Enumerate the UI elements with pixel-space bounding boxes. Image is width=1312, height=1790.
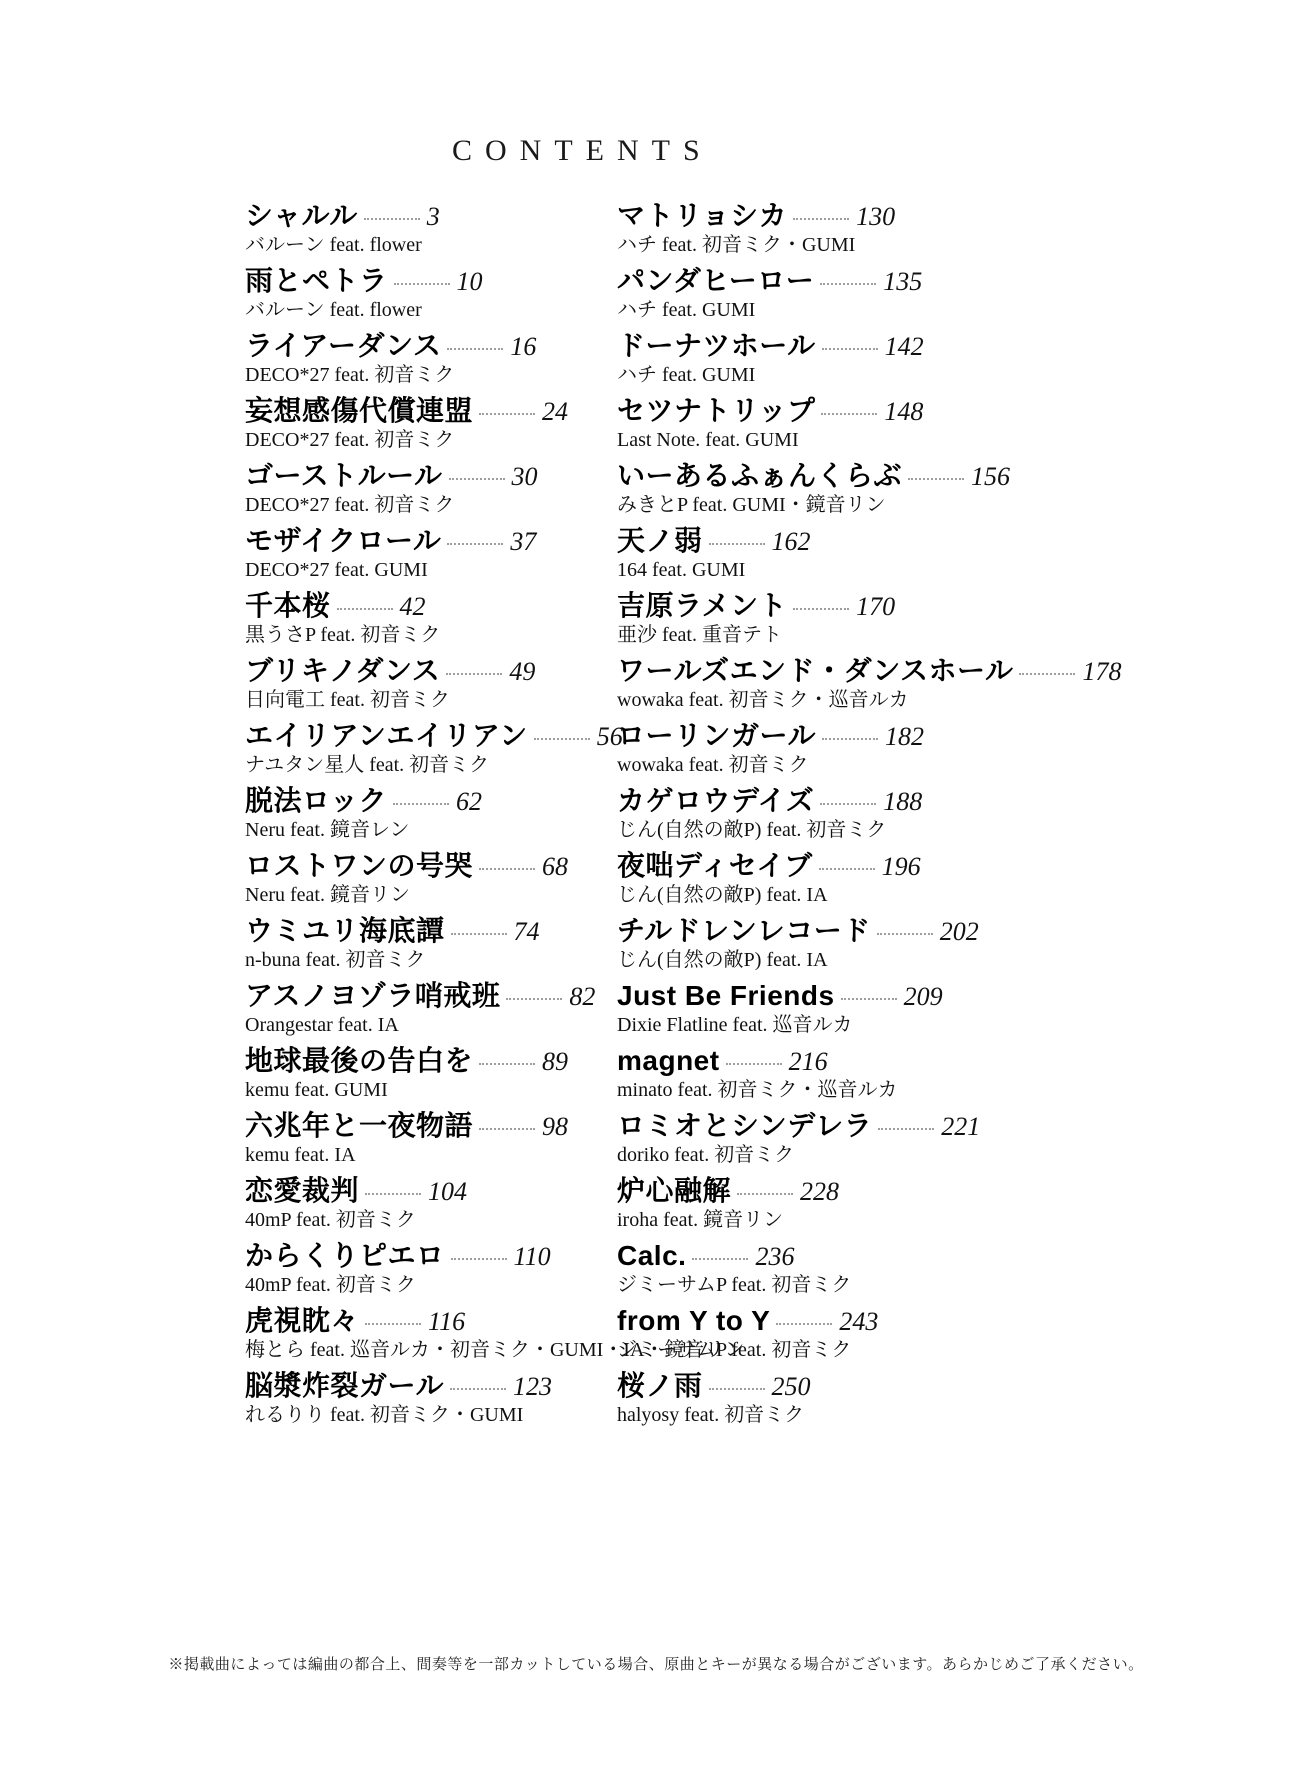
page-number: 142: [885, 330, 924, 363]
song-title: 炉心融解: [617, 1174, 731, 1207]
page-number: 170: [856, 590, 895, 623]
dotted-leader: [394, 283, 450, 285]
song-title: from Y to Y: [617, 1304, 770, 1337]
song-title: Calc.: [617, 1239, 686, 1272]
song-title: ロミオとシンデレラ: [617, 1109, 872, 1142]
page-number: 178: [1082, 655, 1121, 688]
dotted-leader: [793, 608, 849, 610]
song-title: 天ノ弱: [617, 524, 703, 557]
dotted-leader: [737, 1193, 793, 1195]
toc-entry: from Y to Y 243 ジミーサムP feat. 初音ミク: [617, 1304, 1121, 1362]
toc-entry: 炉心融解 228 iroha feat. 鏡音リン: [617, 1174, 1121, 1232]
toc-entry: カゲロウデイズ 188 じん(自然の敵P) feat. 初音ミク: [617, 784, 1121, 842]
song-title: シャルル: [245, 199, 358, 232]
song-title: モザイクロール: [245, 524, 441, 557]
dotted-leader: [393, 803, 449, 805]
page-number: 209: [904, 980, 943, 1013]
toc-entry: ロミオとシンデレラ 221 doriko feat. 初音ミク: [617, 1109, 1121, 1167]
dotted-leader: [447, 543, 503, 545]
toc-entry-head: 夜咄ディセイブ 196: [617, 849, 1121, 883]
page-number: 98: [542, 1110, 568, 1143]
page-number: 3: [427, 200, 440, 233]
toc-entry: セツナトリップ 148 Last Note. feat. GUMI: [617, 394, 1121, 452]
song-title: magnet: [617, 1044, 720, 1077]
toc-entry-head: いーあるふぁんくらぶ 156: [617, 459, 1121, 493]
page-number: 123: [513, 1370, 552, 1403]
song-title: 雨とペトラ: [245, 264, 388, 297]
dotted-leader: [878, 1128, 934, 1130]
dotted-leader: [692, 1258, 748, 1260]
dotted-leader: [1019, 673, 1075, 675]
page-number: 89: [542, 1045, 568, 1078]
toc-entry: いーあるふぁんくらぶ 156 みきとP feat. GUMI・鏡音リン: [617, 459, 1121, 517]
toc-entry-head: magnet 216: [617, 1044, 1121, 1078]
toc-entry-head: from Y to Y 243: [617, 1304, 1121, 1338]
toc-entry-head: ローリンガール 182: [617, 719, 1121, 753]
toc-entry: 夜咄ディセイブ 196 じん(自然の敵P) feat. IA: [617, 849, 1121, 907]
page-number: 148: [884, 395, 923, 428]
song-title: ワールズエンド・ダンスホール: [617, 654, 1013, 687]
toc-entry-head: 桜ノ雨 250: [617, 1369, 1121, 1403]
dotted-leader: [337, 608, 393, 610]
artist-credit: 亜沙 feat. 重音テト: [617, 623, 1121, 647]
contents-page: CONTENTS シャルル 3 バルーン feat. flower 雨とペトラ …: [0, 0, 1312, 1790]
song-title: ドーナツホール: [617, 329, 816, 362]
song-title: 千本桜: [245, 589, 331, 622]
page-number: 30: [512, 460, 538, 493]
dotted-leader: [821, 413, 877, 415]
page-number: 243: [839, 1305, 878, 1338]
page-number: 37: [510, 525, 536, 558]
toc-entry-head: ドーナツホール 142: [617, 329, 1121, 363]
song-title: パンダヒーロー: [617, 264, 814, 297]
page-number: 250: [772, 1370, 811, 1403]
page-number: 24: [542, 395, 568, 428]
right-column: マトリョシカ 130 ハチ feat. 初音ミク・GUMI パンダヒーロー 13…: [617, 199, 1121, 1434]
dotted-leader: [726, 1063, 782, 1065]
song-title: ゴーストルール: [245, 459, 443, 492]
page-number: 42: [400, 590, 426, 623]
artist-credit: Last Note. feat. GUMI: [617, 428, 1121, 452]
page-number: 10: [457, 265, 483, 298]
dotted-leader: [506, 998, 562, 1000]
toc-entry-head: Calc. 236: [617, 1239, 1121, 1273]
artist-credit: ハチ feat. GUMI: [617, 298, 1121, 322]
artist-credit: minato feat. 初音ミク・巡音ルカ: [617, 1078, 1121, 1102]
dotted-leader: [822, 348, 878, 350]
dotted-leader: [709, 543, 765, 545]
toc-entry: パンダヒーロー 135 ハチ feat. GUMI: [617, 264, 1121, 322]
artist-credit: Dixie Flatline feat. 巡音ルカ: [617, 1013, 1121, 1037]
toc-entry-head: 吉原ラメント 170: [617, 589, 1121, 623]
dotted-leader: [534, 738, 590, 740]
page-number: 188: [883, 785, 922, 818]
dotted-leader: [819, 868, 875, 870]
dotted-leader: [450, 1388, 506, 1390]
toc-entry-head: チルドレンレコード 202: [617, 914, 1121, 948]
toc-entry-head: ワールズエンド・ダンスホール 178: [617, 654, 1121, 688]
song-title: からくりピエロ: [245, 1239, 445, 1272]
dotted-leader: [479, 1063, 535, 1065]
page-number: 16: [510, 330, 536, 363]
artist-credit: ジミーサムP feat. 初音ミク: [617, 1338, 1121, 1362]
dotted-leader: [451, 933, 507, 935]
page-number: 116: [428, 1305, 465, 1338]
page-number: 74: [514, 915, 540, 948]
toc-entry: Just Be Friends 209 Dixie Flatline feat.…: [617, 979, 1121, 1037]
page-number: 82: [569, 980, 595, 1013]
song-title: ローリンガール: [617, 719, 816, 752]
song-title: いーあるふぁんくらぶ: [617, 459, 902, 492]
artist-credit: halyosy feat. 初音ミク: [617, 1403, 1121, 1427]
artist-credit: 164 feat. GUMI: [617, 558, 1121, 582]
dotted-leader: [449, 478, 505, 480]
toc-entry: 天ノ弱 162 164 feat. GUMI: [617, 524, 1121, 582]
song-title: 六兆年と一夜物語: [245, 1109, 473, 1142]
page-number: 110: [514, 1240, 551, 1273]
toc-entry: マトリョシカ 130 ハチ feat. 初音ミク・GUMI: [617, 199, 1121, 257]
dotted-leader: [365, 1323, 421, 1325]
dotted-leader: [822, 738, 878, 740]
artist-credit: wowaka feat. 初音ミク: [617, 753, 1121, 777]
dotted-leader: [364, 218, 420, 220]
song-title: 虎視眈々: [245, 1304, 359, 1337]
page-number: 130: [856, 200, 895, 233]
dotted-leader: [820, 803, 876, 805]
toc-entry: magnet 216 minato feat. 初音ミク・巡音ルカ: [617, 1044, 1121, 1102]
artist-credit: doriko feat. 初音ミク: [617, 1143, 1121, 1167]
toc-entry-head: ロミオとシンデレラ 221: [617, 1109, 1121, 1143]
toc-entry: 桜ノ雨 250 halyosy feat. 初音ミク: [617, 1369, 1121, 1427]
toc-entry-head: 炉心融解 228: [617, 1174, 1121, 1208]
footer-note: ※掲載曲によっては編曲の都合上、間奏等を一部カットしている場合、原曲とキーが異な…: [0, 1653, 1312, 1674]
song-title: マトリョシカ: [617, 199, 787, 232]
song-title: 脳漿炸裂ガール: [245, 1369, 444, 1402]
page-number: 196: [882, 850, 921, 883]
artist-credit: ハチ feat. GUMI: [617, 363, 1121, 387]
page-number: 228: [800, 1175, 839, 1208]
dotted-leader: [479, 1128, 535, 1130]
song-title: ブリキノダンス: [245, 654, 440, 687]
toc-entry-head: 天ノ弱 162: [617, 524, 1121, 558]
dotted-leader: [451, 1258, 507, 1260]
dotted-leader: [908, 478, 964, 480]
page-title: CONTENTS: [452, 134, 713, 168]
song-title: 妄想感傷代償連盟: [245, 394, 473, 427]
song-title: セツナトリップ: [617, 394, 815, 427]
page-number: 221: [941, 1110, 980, 1143]
song-title: 恋愛裁判: [245, 1174, 359, 1207]
page-number: 68: [542, 850, 568, 883]
dotted-leader: [479, 868, 535, 870]
artist-credit: ジミーサムP feat. 初音ミク: [617, 1273, 1121, 1297]
song-title: ライアーダンス: [245, 329, 441, 362]
song-title: チルドレンレコード: [617, 914, 871, 947]
dotted-leader: [841, 998, 897, 1000]
song-title: 桜ノ雨: [617, 1369, 703, 1402]
song-title: 地球最後の告白を: [245, 1044, 473, 1077]
artist-credit: wowaka feat. 初音ミク・巡音ルカ: [617, 688, 1121, 712]
dotted-leader: [793, 218, 849, 220]
toc-entry-head: マトリョシカ 130: [617, 199, 1121, 233]
song-title: Just Be Friends: [617, 979, 835, 1012]
song-title: 脱法ロック: [245, 784, 387, 817]
dotted-leader: [479, 413, 535, 415]
song-title: アスノヨゾラ哨戒班: [245, 979, 500, 1012]
toc-entry-head: カゲロウデイズ 188: [617, 784, 1121, 818]
toc-entry: Calc. 236 ジミーサムP feat. 初音ミク: [617, 1239, 1121, 1297]
dotted-leader: [709, 1388, 765, 1390]
artist-credit: じん(自然の敵P) feat. IA: [617, 883, 1121, 907]
song-title: 吉原ラメント: [617, 589, 787, 622]
dotted-leader: [447, 348, 503, 350]
page-number: 236: [755, 1240, 794, 1273]
song-title: 夜咄ディセイブ: [617, 849, 813, 882]
toc-entry-head: セツナトリップ 148: [617, 394, 1121, 428]
toc-entry: ドーナツホール 142 ハチ feat. GUMI: [617, 329, 1121, 387]
page-number: 156: [971, 460, 1010, 493]
page-number: 104: [428, 1175, 467, 1208]
toc-entry: チルドレンレコード 202 じん(自然の敵P) feat. IA: [617, 914, 1121, 972]
artist-credit: みきとP feat. GUMI・鏡音リン: [617, 493, 1121, 517]
song-title: カゲロウデイズ: [617, 784, 814, 817]
page-number: 49: [509, 655, 535, 688]
artist-credit: じん(自然の敵P) feat. 初音ミク: [617, 818, 1121, 842]
artist-credit: iroha feat. 鏡音リン: [617, 1208, 1121, 1232]
toc-entry: ワールズエンド・ダンスホール 178 wowaka feat. 初音ミク・巡音ル…: [617, 654, 1121, 712]
page-number: 202: [940, 915, 979, 948]
page-number: 135: [883, 265, 922, 298]
page-number: 162: [772, 525, 811, 558]
toc-entry-head: パンダヒーロー 135: [617, 264, 1121, 298]
song-title: ロストワンの号哭: [245, 849, 473, 882]
page-number: 62: [456, 785, 482, 818]
song-title: ウミユリ海底譚: [245, 914, 445, 947]
page-number: 216: [789, 1045, 828, 1078]
dotted-leader: [776, 1323, 832, 1325]
toc-entry-head: Just Be Friends 209: [617, 979, 1121, 1013]
dotted-leader: [365, 1193, 421, 1195]
page-number: 182: [885, 720, 924, 753]
dotted-leader: [820, 283, 876, 285]
artist-credit: ハチ feat. 初音ミク・GUMI: [617, 233, 1121, 257]
toc-entry: 吉原ラメント 170 亜沙 feat. 重音テト: [617, 589, 1121, 647]
dotted-leader: [446, 673, 502, 675]
dotted-leader: [877, 933, 933, 935]
artist-credit: じん(自然の敵P) feat. IA: [617, 948, 1121, 972]
toc-entry: ローリンガール 182 wowaka feat. 初音ミク: [617, 719, 1121, 777]
song-title: エイリアンエイリアン: [245, 719, 528, 752]
